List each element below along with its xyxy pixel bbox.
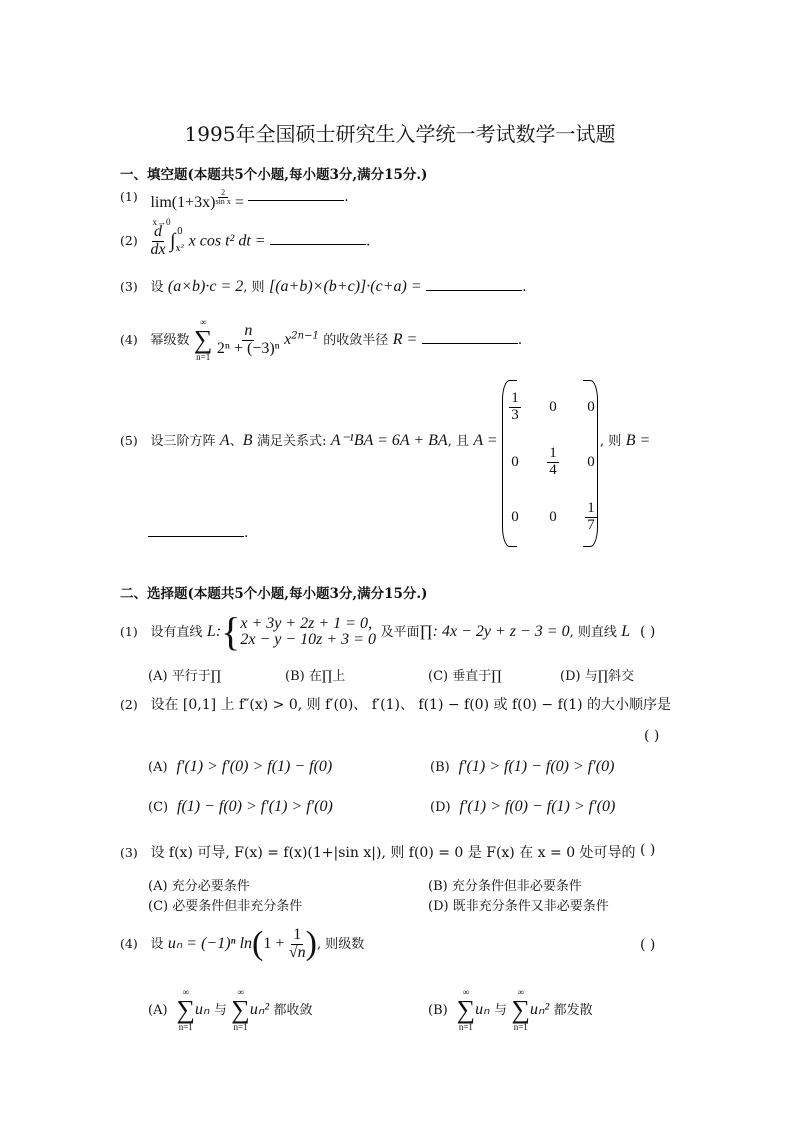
term-1: uₙ <box>195 1001 209 1018</box>
upper-limit: 0 <box>177 228 183 237</box>
option-text: f′(1) > f′(0) > f(1) − f(0) <box>176 758 332 775</box>
question-text: 设 f(x) 可导, F(x) = f(x)(1+|sin x|), 则 f(0… <box>150 845 635 861</box>
question-1-1: (1) lim(1+3x) 2 sin x = x→0 . <box>120 188 349 227</box>
question-1-5: (5) 设三阶方阵 A、B 满足关系式: A⁻¹BA = 6A + BA, 且 … <box>120 430 498 450</box>
matrix-cell: 0 <box>549 509 557 526</box>
answer-blank[interactable] <box>422 331 518 344</box>
question-number: (3) <box>120 845 146 860</box>
option-b[interactable]: (B) ∞∑n=1uₙ 与 ∞∑n=1uₙ² 都发散 <box>428 988 593 1032</box>
sum-lower: n=1 <box>234 1023 248 1032</box>
option-tail: 都发散 <box>554 1003 593 1018</box>
limit-expr: lim(1+3x) <box>150 194 215 211</box>
period: . <box>518 332 522 348</box>
dx: dx <box>150 242 165 259</box>
limit: lim(1+3x) 2 sin x = x→0 <box>150 195 243 227</box>
sigma-icon: ∑ <box>176 997 195 1023</box>
option-text: 既非充分条件又非必要条件 <box>453 899 609 914</box>
option-text: f(1) − f(0) > f′(1) > f′(0) <box>177 798 333 815</box>
fraction-numerator: 1 <box>291 927 303 945</box>
question-2-2: (2) 设在 [0,1] 上 f″(x) > 0, 则 f′(0)、 f′(1)… <box>120 694 671 714</box>
option-label: (C) <box>428 669 448 684</box>
equation-1: x + 3y + 2z + 1 = 0, <box>240 616 372 632</box>
b-equals: B = <box>626 432 651 449</box>
option-text: 平行于∏ <box>172 669 221 684</box>
question-1-2: (2) ddx ∫0x² x cos t² dt = . <box>120 224 370 259</box>
then: , 则 <box>600 434 621 449</box>
question-2-3: (3) 设 f(x) 可导, F(x) = f(x)(1+|sin x|), 则… <box>120 842 636 862</box>
matrix-cell: 0 <box>587 399 595 416</box>
option-label: (B) <box>430 760 450 775</box>
answer-paren[interactable]: ( ) <box>644 728 659 744</box>
answer-paren[interactable]: ( ) <box>640 624 655 640</box>
section-heading-choice: 二、选择题(本题共5个小题,每小题3分,满分15分.) <box>120 582 427 602</box>
derivative: ddx <box>150 224 165 259</box>
question-1-4: (4) 幂级数 ∞∑n=1 n2ⁿ + (−3)ⁿ x2n−1 的收敛半径 R … <box>120 318 522 362</box>
target-expression: [(a+b)×(b+c)]·(c+a) = <box>269 278 422 295</box>
plane-equation: ∏: 4x − 2y + z − 3 = 0 <box>419 623 569 640</box>
option-c[interactable]: (C) 必要条件但非充分条件 <box>148 895 302 914</box>
matrix-cell: 1 <box>509 391 521 408</box>
option-label: (D) <box>428 899 449 914</box>
question-2-4: (4) 设 uₙ = (−1)ⁿ ln(1 + 1√n), 则级数 <box>120 925 364 963</box>
sum-lower: n=1 <box>179 1023 193 1032</box>
integrand: x cos t² dt = <box>189 232 266 249</box>
left-brace-icon: { <box>221 609 240 654</box>
option-label: (B) <box>285 669 305 684</box>
relation-label: 满足关系式: <box>257 434 326 449</box>
option-text: f′(1) > f(0) − f(1) > f′(0) <box>459 798 615 815</box>
option-label: (A) <box>148 669 168 684</box>
fraction-denominator: √n <box>289 945 306 962</box>
option-a[interactable]: (A) 平行于∏ <box>148 665 221 684</box>
option-label: (D) <box>430 800 451 815</box>
option-label: (A) <box>148 879 168 894</box>
option-text: f′(1) > f(1) − f(0) > f′(0) <box>459 758 615 775</box>
var-a: A <box>220 432 230 449</box>
option-d[interactable]: (D) f′(1) > f(0) − f(1) > f′(0) <box>430 798 615 816</box>
option-c[interactable]: (C) 垂直于∏ <box>428 665 502 684</box>
option-d[interactable]: (D) 与∏斜交 <box>560 665 634 684</box>
inner-expr: 1 + <box>263 935 284 952</box>
separator: 、 <box>230 434 243 449</box>
var-b: B <box>243 432 253 449</box>
option-label: (A) <box>148 760 168 775</box>
answer-blank[interactable] <box>426 278 522 291</box>
question-number: (4) <box>120 936 146 951</box>
sum-lower: n=1 <box>514 1023 528 1032</box>
question-number: (2) <box>120 233 146 248</box>
plane-prefix: 及平面 <box>380 625 419 640</box>
sigma-icon: ∑ <box>457 997 476 1023</box>
option-c[interactable]: (C) f(1) − f(0) > f′(1) > f′(0) <box>148 798 333 816</box>
equals: = <box>235 194 244 211</box>
option-label: (C) <box>148 800 168 815</box>
then: , 则 <box>243 280 264 295</box>
power-exponent: 2n−1 <box>291 330 319 341</box>
fraction-numerator: n <box>242 323 254 341</box>
option-tail: 都收敛 <box>273 1003 312 1018</box>
sigma-icon: ∑ <box>194 327 213 353</box>
sum-lower: n=1 <box>459 1023 473 1032</box>
given-condition: (a×b)·c = 2 <box>168 278 243 295</box>
question-number: (5) <box>120 433 146 448</box>
radius-var: R = <box>393 331 418 348</box>
option-a[interactable]: (A) 充分必要条件 <box>148 875 250 894</box>
option-text: 必要条件但非充分条件 <box>172 899 302 914</box>
suffix: , 则级数 <box>317 937 364 952</box>
question-text: 设在 [0,1] 上 f″(x) > 0, 则 f′(0)、 f′(1)、 f(… <box>150 697 671 713</box>
prefix: 幂级数 <box>150 333 189 348</box>
fraction-denominator: 4 <box>549 463 557 479</box>
option-text: 与∏斜交 <box>585 669 634 684</box>
d: d <box>152 224 164 242</box>
answer-blank[interactable] <box>148 524 244 537</box>
option-d[interactable]: (D) 既非充分条件又非必要条件 <box>428 895 609 914</box>
option-b[interactable]: (B) 充分条件但非必要条件 <box>428 875 582 894</box>
exponent-denominator: sin x <box>215 198 230 206</box>
matrix-cell: 0 <box>511 509 519 526</box>
period: . <box>244 525 248 541</box>
question-number: (1) <box>120 624 146 639</box>
period: . <box>366 233 370 249</box>
a-equals: A = <box>473 432 497 449</box>
sequence-def: uₙ = (−1)ⁿ ln <box>168 935 252 952</box>
question-number: (4) <box>120 332 146 347</box>
option-label: (A) <box>148 1003 168 1018</box>
question-2-1: (1) 设有直线 L:{x + 3y + 2z + 1 = 0,2x − y −… <box>120 612 630 652</box>
matrix-cell: 1 <box>547 446 559 463</box>
term-1: uₙ <box>475 1001 489 1018</box>
option-label: (B) <box>428 879 448 894</box>
option-label: (B) <box>428 1003 448 1018</box>
matrix-cell: 1 <box>585 501 597 518</box>
term-2: uₙ² <box>250 1001 269 1018</box>
sum-lower: n=1 <box>196 353 210 362</box>
period: . <box>344 189 348 205</box>
fraction-denominator: 3 <box>511 408 519 424</box>
option-text: 充分条件但非必要条件 <box>452 879 582 894</box>
line-l: L: <box>207 623 221 640</box>
fraction-denominator: 7 <box>587 518 595 534</box>
and: , 且 <box>448 434 469 449</box>
option-a[interactable]: (A) f′(1) > f′(0) > f(1) − f(0) <box>148 758 332 776</box>
question-number: (2) <box>120 697 146 712</box>
equation-2: 2x − y − 10z + 3 = 0 <box>240 632 376 648</box>
prefix: 设有直线 <box>150 625 202 640</box>
option-text: 充分必要条件 <box>172 879 250 894</box>
answer-paren[interactable]: ( ) <box>640 937 655 953</box>
relation: A⁻¹BA = 6A + BA <box>331 432 448 449</box>
suffix: , 则直线 <box>570 625 617 640</box>
option-a[interactable]: (A) ∞∑n=1uₙ 与 ∞∑n=1uₙ² 都收敛 <box>148 988 312 1032</box>
question-number: (3) <box>120 279 146 294</box>
option-label: (C) <box>148 899 168 914</box>
prefix: 设 <box>150 937 163 952</box>
matrix-cell: 0 <box>511 454 519 471</box>
answer-paren[interactable]: ( ) <box>640 842 655 858</box>
option-label: (D) <box>560 669 581 684</box>
fraction-denominator: 2ⁿ + (−3)ⁿ <box>217 341 280 358</box>
option-b[interactable]: (B) f′(1) > f(1) − f(0) > f′(0) <box>430 758 614 776</box>
matrix-cell: 0 <box>549 399 557 416</box>
sigma-icon: ∑ <box>511 997 530 1023</box>
prefix: 设三阶方阵 <box>150 434 215 449</box>
option-text: 垂直于∏ <box>452 669 501 684</box>
question-1-3: (3) 设 (a×b)·c = 2, 则 [(a+b)×(b+c)]·(c+a)… <box>120 276 527 296</box>
suffix: 的收敛半径 <box>323 333 388 348</box>
answer-blank[interactable] <box>270 232 366 245</box>
answer-blank[interactable] <box>248 188 344 201</box>
section-heading-fill-in: 一、填空题(本题共5个小题,每小题3分,满分15分.) <box>120 163 427 183</box>
question-1-5-tail: , 则 B = <box>600 430 650 450</box>
conjunction: 与 <box>494 1003 507 1018</box>
line-l: L <box>621 623 630 640</box>
period: . <box>522 279 526 295</box>
question-1-5-answer: . <box>148 524 248 541</box>
term-2: uₙ² <box>530 1001 549 1018</box>
conjunction: 与 <box>214 1003 227 1018</box>
sigma-icon: ∑ <box>231 997 250 1023</box>
option-b[interactable]: (B) 在∏上 <box>285 665 345 684</box>
option-text: 在∏上 <box>309 669 345 684</box>
page-title: 1995年全国硕士研究生入学统一考试数学一试题 <box>0 118 800 147</box>
prefix: 设 <box>150 280 163 295</box>
matrix-cell: 0 <box>587 454 595 471</box>
matrix-a: 13 0 0 0 14 0 0 0 17 <box>502 380 598 545</box>
lower-limit: x² <box>176 245 185 254</box>
question-number: (1) <box>120 189 146 204</box>
